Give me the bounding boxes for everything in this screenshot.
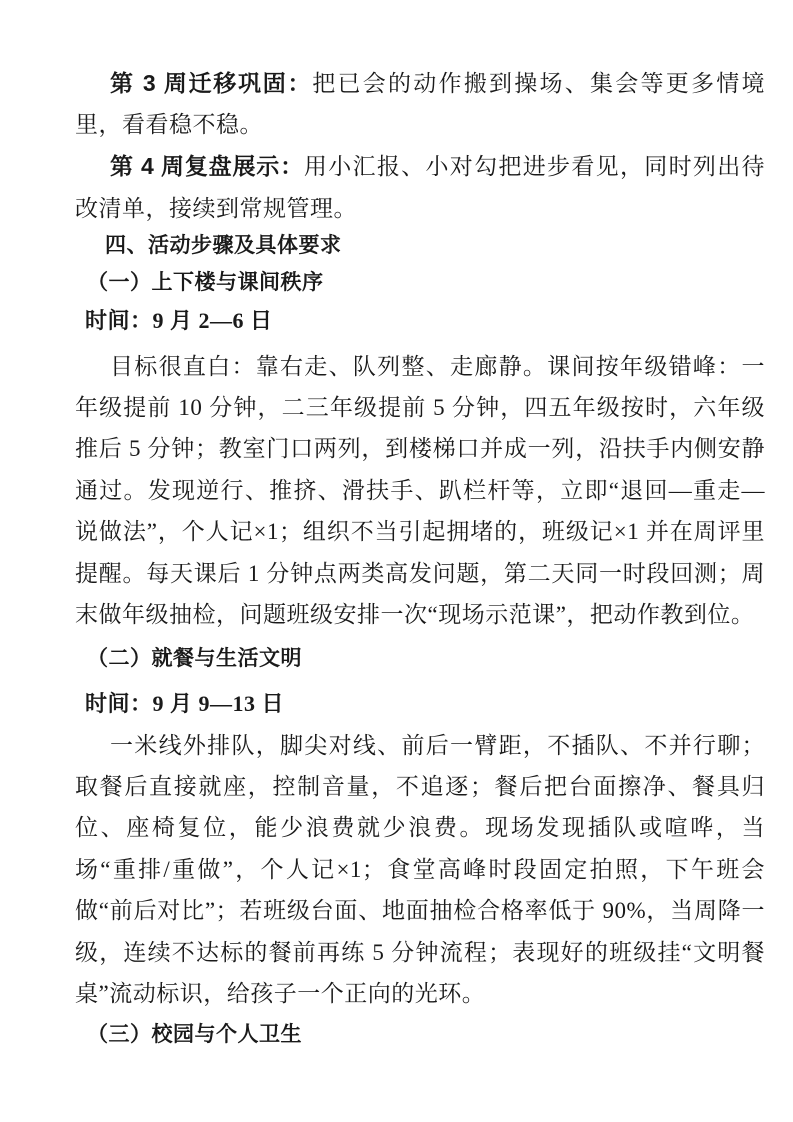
paragraph-week3-consolidation: 第 3 周迁移巩固：把已会的动作搬到操场、集会等更多情境里，看看稳不稳。 (75, 63, 765, 146)
section4-sub1-time: 时间：9 月 2—6 日 (85, 301, 765, 341)
section4-sub3-heading: （三）校园与个人卫生 (87, 1018, 765, 1051)
section4-sub1-heading: （一）上下楼与课间秩序 (87, 266, 765, 299)
paragraph-week4-lead: 第 4 周复盘展示： (110, 153, 304, 179)
section4-sub2-time: 时间：9 月 9—13 日 (85, 684, 765, 724)
section4-heading: 四、活动步骤及具体要求 (105, 229, 765, 262)
section4-sub2-heading: （二）就餐与生活文明 (87, 642, 765, 675)
section4-sub1-body: 目标很直白：靠右走、队列整、走廊静。课间按年级错峰：一年级提前 10 分钟，二三… (75, 346, 765, 636)
document-page: 第 3 周迁移巩固：把已会的动作搬到操场、集会等更多情境里，看看稳不稳。 第 4… (75, 0, 765, 1051)
paragraph-week3-lead: 第 3 周迁移巩固： (110, 70, 312, 96)
paragraph-week4-review: 第 4 周复盘展示：用小汇报、小对勾把进步看见，同时列出待改清单，接续到常规管理… (75, 146, 765, 229)
section4-sub2-body: 一米线外排队，脚尖对线、前后一臂距，不插队、不并行聊；取餐后直接就座，控制音量，… (75, 725, 765, 1015)
